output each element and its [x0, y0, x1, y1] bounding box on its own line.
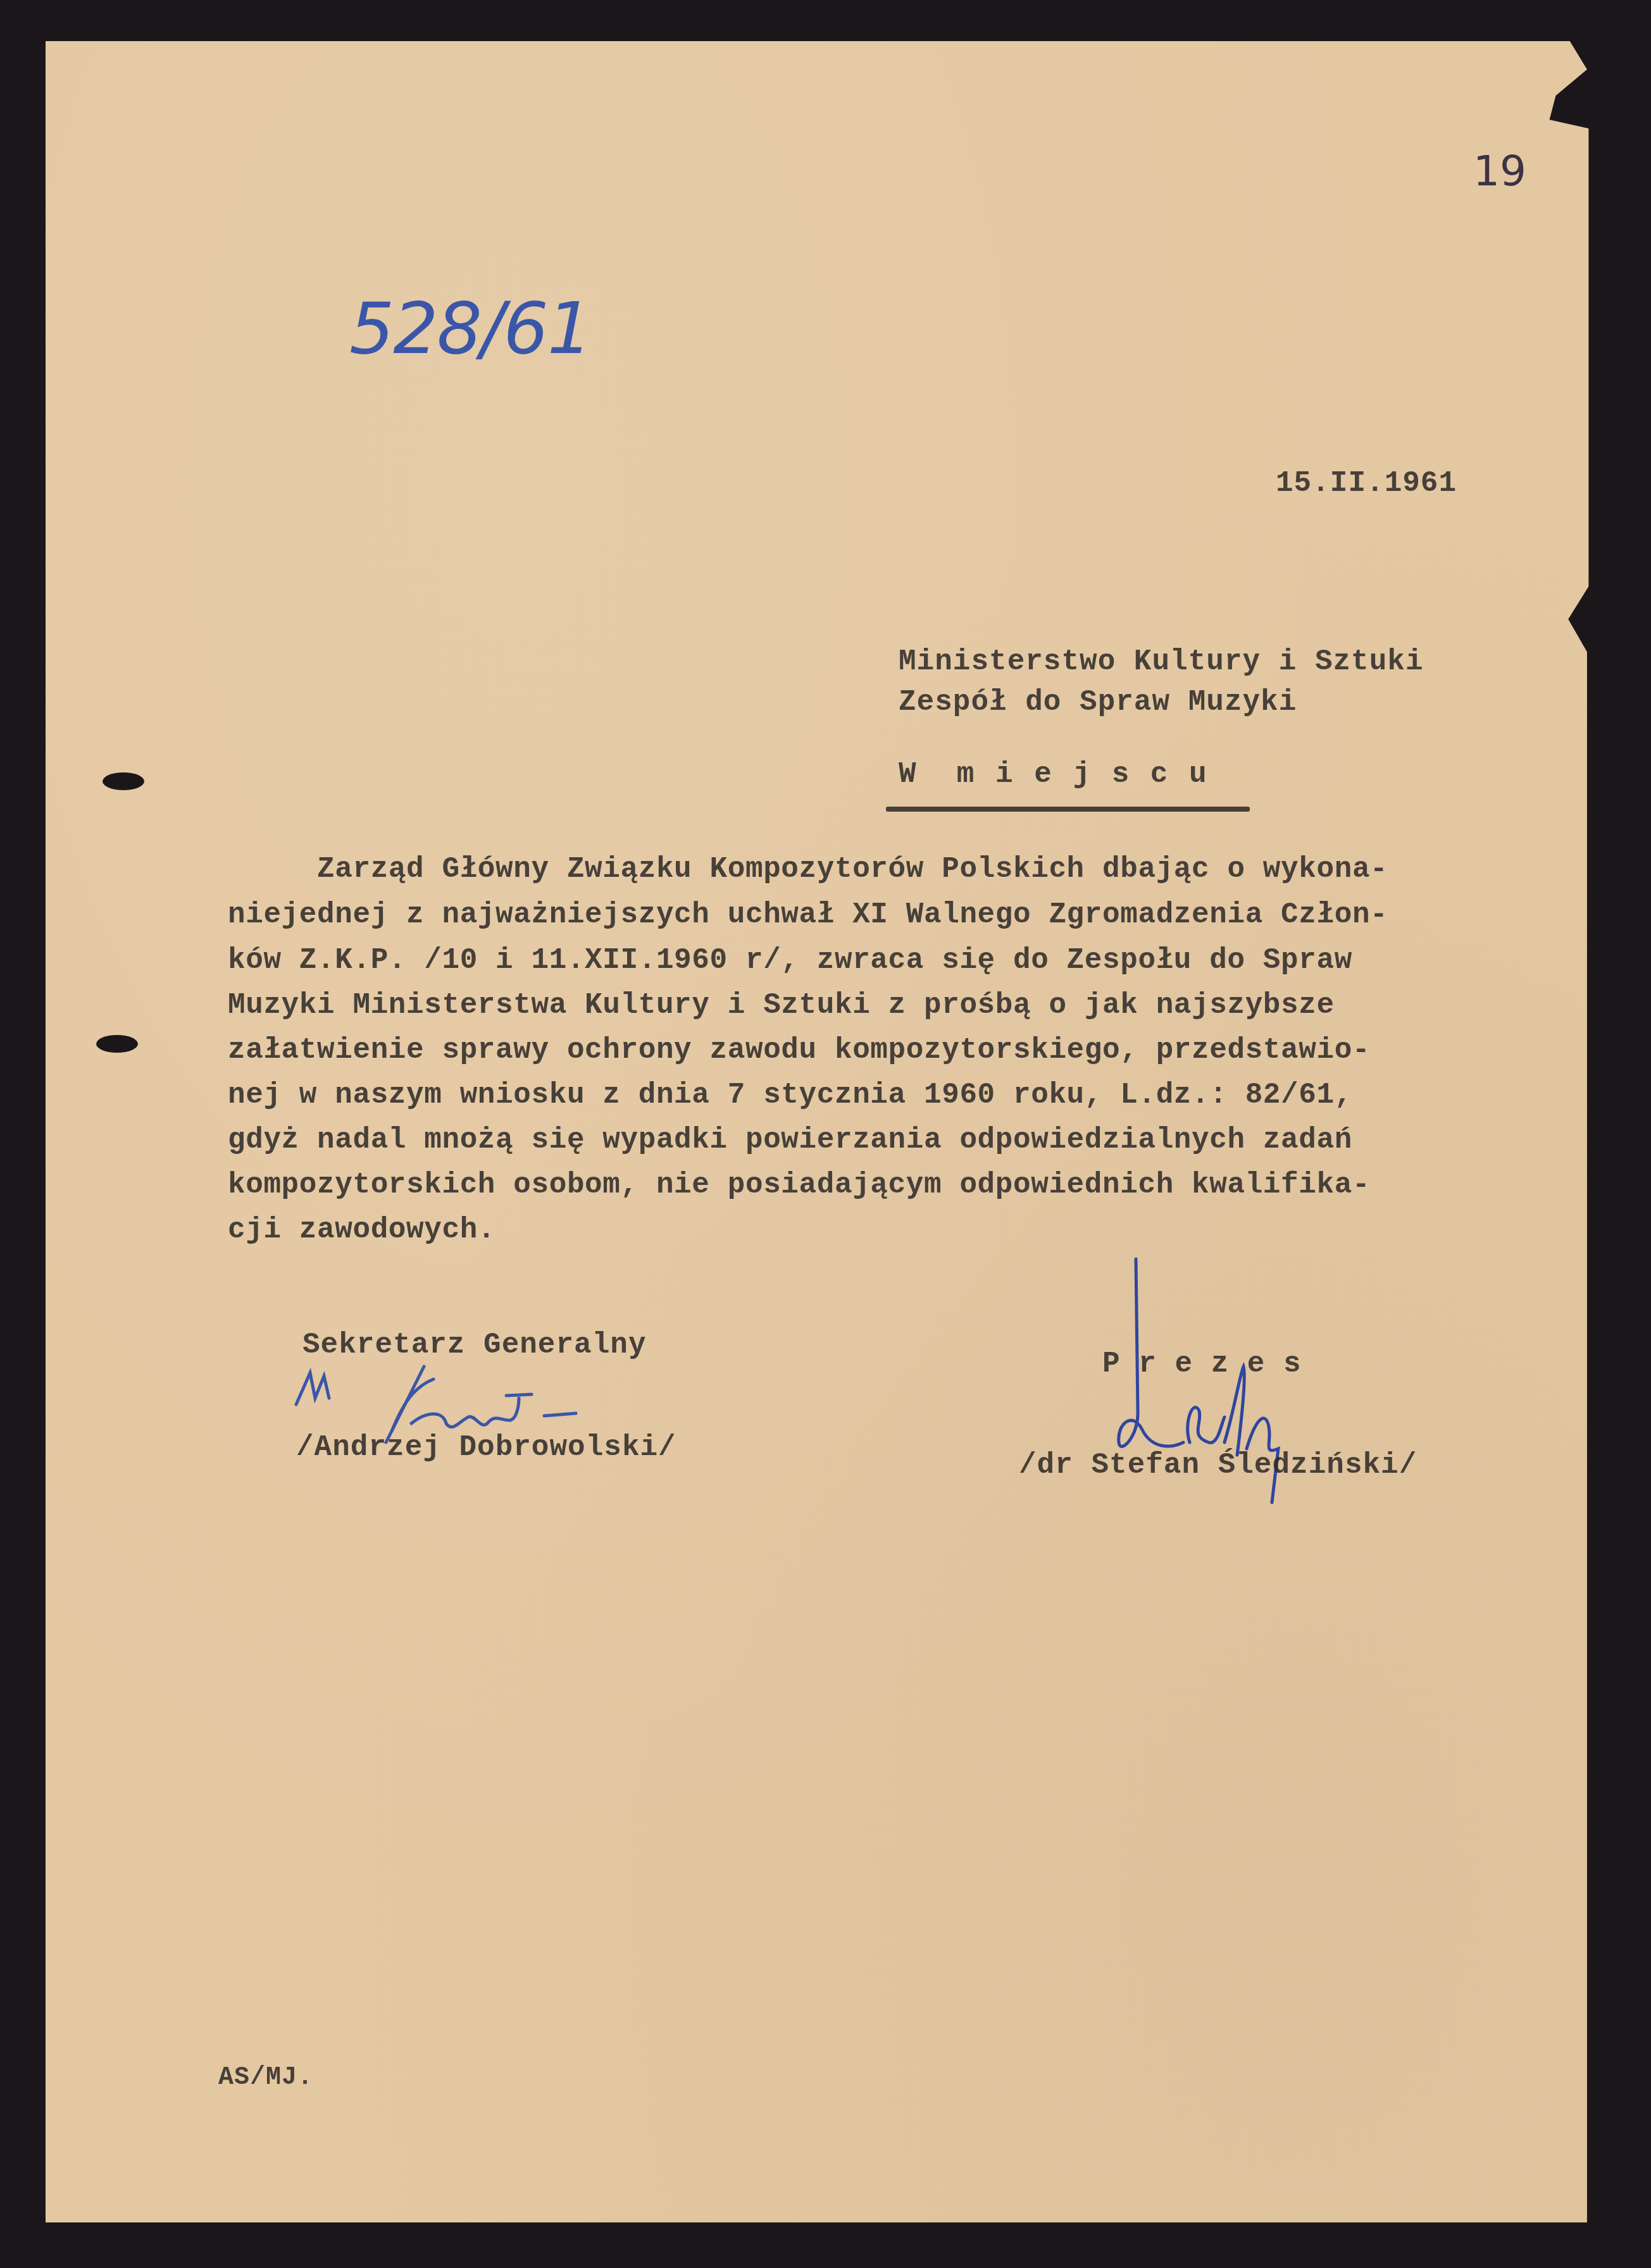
body-line: załatwienie sprawy ochrony zawodu kompoz…	[228, 1034, 1370, 1067]
addressee-location: W m i e j s c u	[899, 758, 1209, 791]
letter-date: 15.II.1961	[1276, 467, 1457, 500]
body-line: Muzyki Ministerstwa Kultury i Sztuki z p…	[228, 989, 1335, 1022]
reference-number: 528/61	[349, 288, 591, 370]
body-line: Zarząd Główny Związku Kompozytorów Polsk…	[228, 853, 1388, 886]
body-line: kompozytorskich osobom, nie posiadającym…	[228, 1168, 1370, 1201]
punch-hole-bottom	[96, 1035, 138, 1053]
typist-initials: AS/MJ.	[218, 2064, 313, 2092]
signatory-name-president: /dr Stefan Śledziński/	[1019, 1449, 1417, 1482]
signatory-name-secretary: /Andrzej Dobrowolski/	[296, 1431, 676, 1464]
signatory-title-secretary: Sekretarz Generalny	[302, 1329, 647, 1361]
addressee-line-2: Zespół do Spraw Muzyki	[899, 686, 1297, 719]
punch-hole-top	[103, 772, 144, 790]
body-line: gdyż nadal mnożą się wypadki powierzania…	[228, 1124, 1352, 1156]
location-underline	[886, 807, 1250, 812]
body-line: ków Z.K.P. /10 i 11.XII.1960 r/, zwraca …	[228, 944, 1352, 977]
page-number: 19	[1473, 147, 1526, 195]
body-line: cji zawodowych.	[228, 1213, 495, 1246]
body-line: niejednej z najważniejszych uchwał XI Wa…	[228, 898, 1388, 931]
addressee-line-1: Ministerstwo Kultury i Sztuki	[899, 645, 1424, 678]
body-line: nej w naszym wniosku z dnia 7 stycznia 1…	[228, 1079, 1352, 1112]
